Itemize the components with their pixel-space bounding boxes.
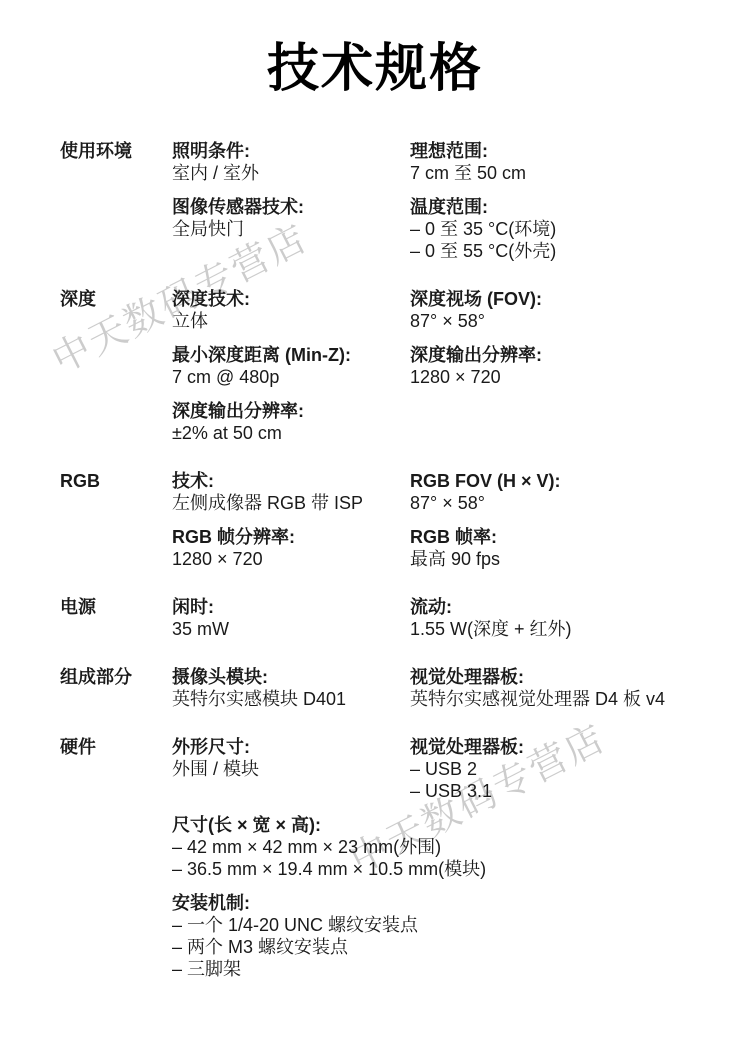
spec-item-value: 全局快门 xyxy=(172,218,410,240)
spec-item-title: 流动: xyxy=(410,596,720,618)
spec-item-value: – USB 2 xyxy=(410,758,720,780)
spec-row: 摄像头模块: 英特尔实感模块 D401 视觉处理器板: 英特尔实感视觉处理器 D… xyxy=(172,666,720,710)
spec-item-camera-module: 摄像头模块: 英特尔实感模块 D401 xyxy=(172,666,410,710)
spec-item-rgb-resolution: RGB 帧分辨率: 1280 × 720 xyxy=(172,526,410,570)
spec-row: 闲时: 35 mW 流动: 1.55 W(深度 + 红外) xyxy=(172,596,720,640)
section-label: 深度 xyxy=(60,288,172,444)
spec-item-title: 闲时: xyxy=(172,596,410,618)
spec-item-form-factor: 外形尺寸: 外围 / 模块 xyxy=(172,736,410,802)
spec-item-title: 温度范围: xyxy=(410,196,720,218)
spec-item-mounting: 安装机制: – 一个 1/4-20 UNC 螺纹安装点 – 两个 M3 螺纹安装… xyxy=(172,892,672,980)
spec-item-value: 英特尔实感视觉处理器 D4 板 v4 xyxy=(410,688,720,710)
spec-item-sensor-tech: 图像传感器技术: 全局快门 xyxy=(172,196,410,262)
spec-item-title: 技术: xyxy=(172,470,410,492)
spec-item-title: 视觉处理器板: xyxy=(410,666,720,688)
spec-row: RGB 帧分辨率: 1280 × 720 RGB 帧率: 最高 90 fps xyxy=(172,526,720,570)
spec-item-title: 深度输出分辨率: xyxy=(410,344,720,366)
spec-item-value: – 0 至 55 °C(外壳) xyxy=(410,240,720,262)
section-environment: 使用环境 照明条件: 室内 / 室外 理想范围: 7 cm 至 50 cm 图像… xyxy=(60,140,720,262)
spec-item-rgb-framerate: RGB 帧率: 最高 90 fps xyxy=(410,526,720,570)
spec-item-lighting: 照明条件: 室内 / 室外 xyxy=(172,140,410,184)
spec-item-value: 87° × 58° xyxy=(410,310,720,332)
spec-item-value: 1.55 W(深度 + 红外) xyxy=(410,618,720,640)
spec-item-value: 1280 × 720 xyxy=(172,548,410,570)
spec-item-value: 室内 / 室外 xyxy=(172,162,410,184)
spec-row: 最小深度距离 (Min-Z): 7 cm @ 480p 深度输出分辨率: 128… xyxy=(172,344,720,388)
spec-row: 尺寸(长 × 宽 × 高): – 42 mm × 42 mm × 23 mm(外… xyxy=(172,814,720,880)
spec-item-title: 深度技术: xyxy=(172,288,410,310)
spec-item-vision-processor: 视觉处理器板: 英特尔实感视觉处理器 D4 板 v4 xyxy=(410,666,720,710)
spec-item-value: – 两个 M3 螺纹安装点 xyxy=(172,936,672,958)
spec-item-title: 照明条件: xyxy=(172,140,410,162)
spec-item-min-z: 最小深度距离 (Min-Z): 7 cm @ 480p xyxy=(172,344,410,388)
spec-item-value: 左侧成像器 RGB 带 ISP xyxy=(172,492,410,514)
spec-item-value: 1280 × 720 xyxy=(410,366,720,388)
spec-item-title: 最小深度距离 (Min-Z): xyxy=(172,344,410,366)
section-hardware: 硬件 外形尺寸: 外围 / 模块 视觉处理器板: – USB 2 – USB 3… xyxy=(60,736,720,980)
spec-row: 安装机制: – 一个 1/4-20 UNC 螺纹安装点 – 两个 M3 螺纹安装… xyxy=(172,892,720,980)
spec-table: 使用环境 照明条件: 室内 / 室外 理想范围: 7 cm 至 50 cm 图像… xyxy=(60,140,720,1006)
spec-item-value: 7 cm 至 50 cm xyxy=(410,162,720,184)
spec-item-value: – 42 mm × 42 mm × 23 mm(外围) xyxy=(172,836,672,858)
spec-row: 外形尺寸: 外围 / 模块 视觉处理器板: – USB 2 – USB 3.1 xyxy=(172,736,720,802)
spec-sheet-page: 技术规格 中天数码专营店 中天数码专营店 使用环境 照明条件: 室内 / 室外 … xyxy=(0,0,750,101)
spec-item-title: RGB 帧分辨率: xyxy=(172,526,410,548)
page-title: 技术规格 xyxy=(0,0,750,101)
spec-item-title: 深度输出分辨率: xyxy=(172,400,410,422)
section-label: 组成部分 xyxy=(60,666,172,710)
spec-row: 照明条件: 室内 / 室外 理想范围: 7 cm 至 50 cm xyxy=(172,140,720,184)
section-label: RGB xyxy=(60,470,172,570)
section-components: 组成部分 摄像头模块: 英特尔实感模块 D401 视觉处理器板: 英特尔实感视觉… xyxy=(60,666,720,710)
spec-item-connectors: 视觉处理器板: – USB 2 – USB 3.1 xyxy=(410,736,720,802)
spec-row: 深度输出分辨率: ±2% at 50 cm xyxy=(172,400,720,444)
spec-item-value: – USB 3.1 xyxy=(410,780,720,802)
spec-item-value: – 三脚架 xyxy=(172,958,672,980)
spec-item-value: – 0 至 35 °C(环境) xyxy=(410,218,720,240)
spec-item-depth-resolution: 深度输出分辨率: 1280 × 720 xyxy=(410,344,720,388)
spec-item-dimensions: 尺寸(长 × 宽 × 高): – 42 mm × 42 mm × 23 mm(外… xyxy=(172,814,672,880)
spec-item-value: 英特尔实感模块 D401 xyxy=(172,688,410,710)
spec-item-title: RGB 帧率: xyxy=(410,526,720,548)
spec-item-depth-tech: 深度技术: 立体 xyxy=(172,288,410,332)
spec-item-title: 外形尺寸: xyxy=(172,736,410,758)
spec-item-value: 立体 xyxy=(172,310,410,332)
spec-row: 图像传感器技术: 全局快门 温度范围: – 0 至 35 °C(环境) – 0 … xyxy=(172,196,720,262)
spec-item-value: ±2% at 50 cm xyxy=(172,422,410,444)
section-label: 硬件 xyxy=(60,736,172,980)
section-rgb: RGB 技术: 左侧成像器 RGB 带 ISP RGB FOV (H × V):… xyxy=(60,470,720,570)
spec-item-title: 图像传感器技术: xyxy=(172,196,410,218)
spec-item-depth-accuracy: 深度输出分辨率: ±2% at 50 cm xyxy=(172,400,410,444)
spec-item-title: 理想范围: xyxy=(410,140,720,162)
spec-item-ideal-range: 理想范围: 7 cm 至 50 cm xyxy=(410,140,720,184)
section-power: 电源 闲时: 35 mW 流动: 1.55 W(深度 + 红外) xyxy=(60,596,720,640)
spec-item-title: 摄像头模块: xyxy=(172,666,410,688)
spec-item-title: RGB FOV (H × V): xyxy=(410,470,720,492)
spec-item-rgb-tech: 技术: 左侧成像器 RGB 带 ISP xyxy=(172,470,410,514)
spec-item-value: – 一个 1/4-20 UNC 螺纹安装点 xyxy=(172,914,672,936)
spec-row: 技术: 左侧成像器 RGB 带 ISP RGB FOV (H × V): 87°… xyxy=(172,470,720,514)
spec-item-value: 外围 / 模块 xyxy=(172,758,410,780)
spec-item-depth-fov: 深度视场 (FOV): 87° × 58° xyxy=(410,288,720,332)
section-label: 使用环境 xyxy=(60,140,172,262)
spec-item-value: 35 mW xyxy=(172,618,410,640)
spec-item-value: 7 cm @ 480p xyxy=(172,366,410,388)
spec-row: 深度技术: 立体 深度视场 (FOV): 87° × 58° xyxy=(172,288,720,332)
spec-item-title: 视觉处理器板: xyxy=(410,736,720,758)
spec-item-value: – 36.5 mm × 19.4 mm × 10.5 mm(模块) xyxy=(172,858,672,880)
spec-item-temp-range: 温度范围: – 0 至 35 °C(环境) – 0 至 55 °C(外壳) xyxy=(410,196,720,262)
spec-item-value: 最高 90 fps xyxy=(410,548,720,570)
spec-item-title: 安装机制: xyxy=(172,892,672,914)
section-label: 电源 xyxy=(60,596,172,640)
spec-item-title: 深度视场 (FOV): xyxy=(410,288,720,310)
spec-item-idle-power: 闲时: 35 mW xyxy=(172,596,410,640)
spec-item-value: 87° × 58° xyxy=(410,492,720,514)
section-depth: 深度 深度技术: 立体 深度视场 (FOV): 87° × 58° 最小深度距离… xyxy=(60,288,720,444)
spec-item-title: 尺寸(长 × 宽 × 高): xyxy=(172,814,672,836)
spec-item-streaming-power: 流动: 1.55 W(深度 + 红外) xyxy=(410,596,720,640)
spec-item-rgb-fov: RGB FOV (H × V): 87° × 58° xyxy=(410,470,720,514)
